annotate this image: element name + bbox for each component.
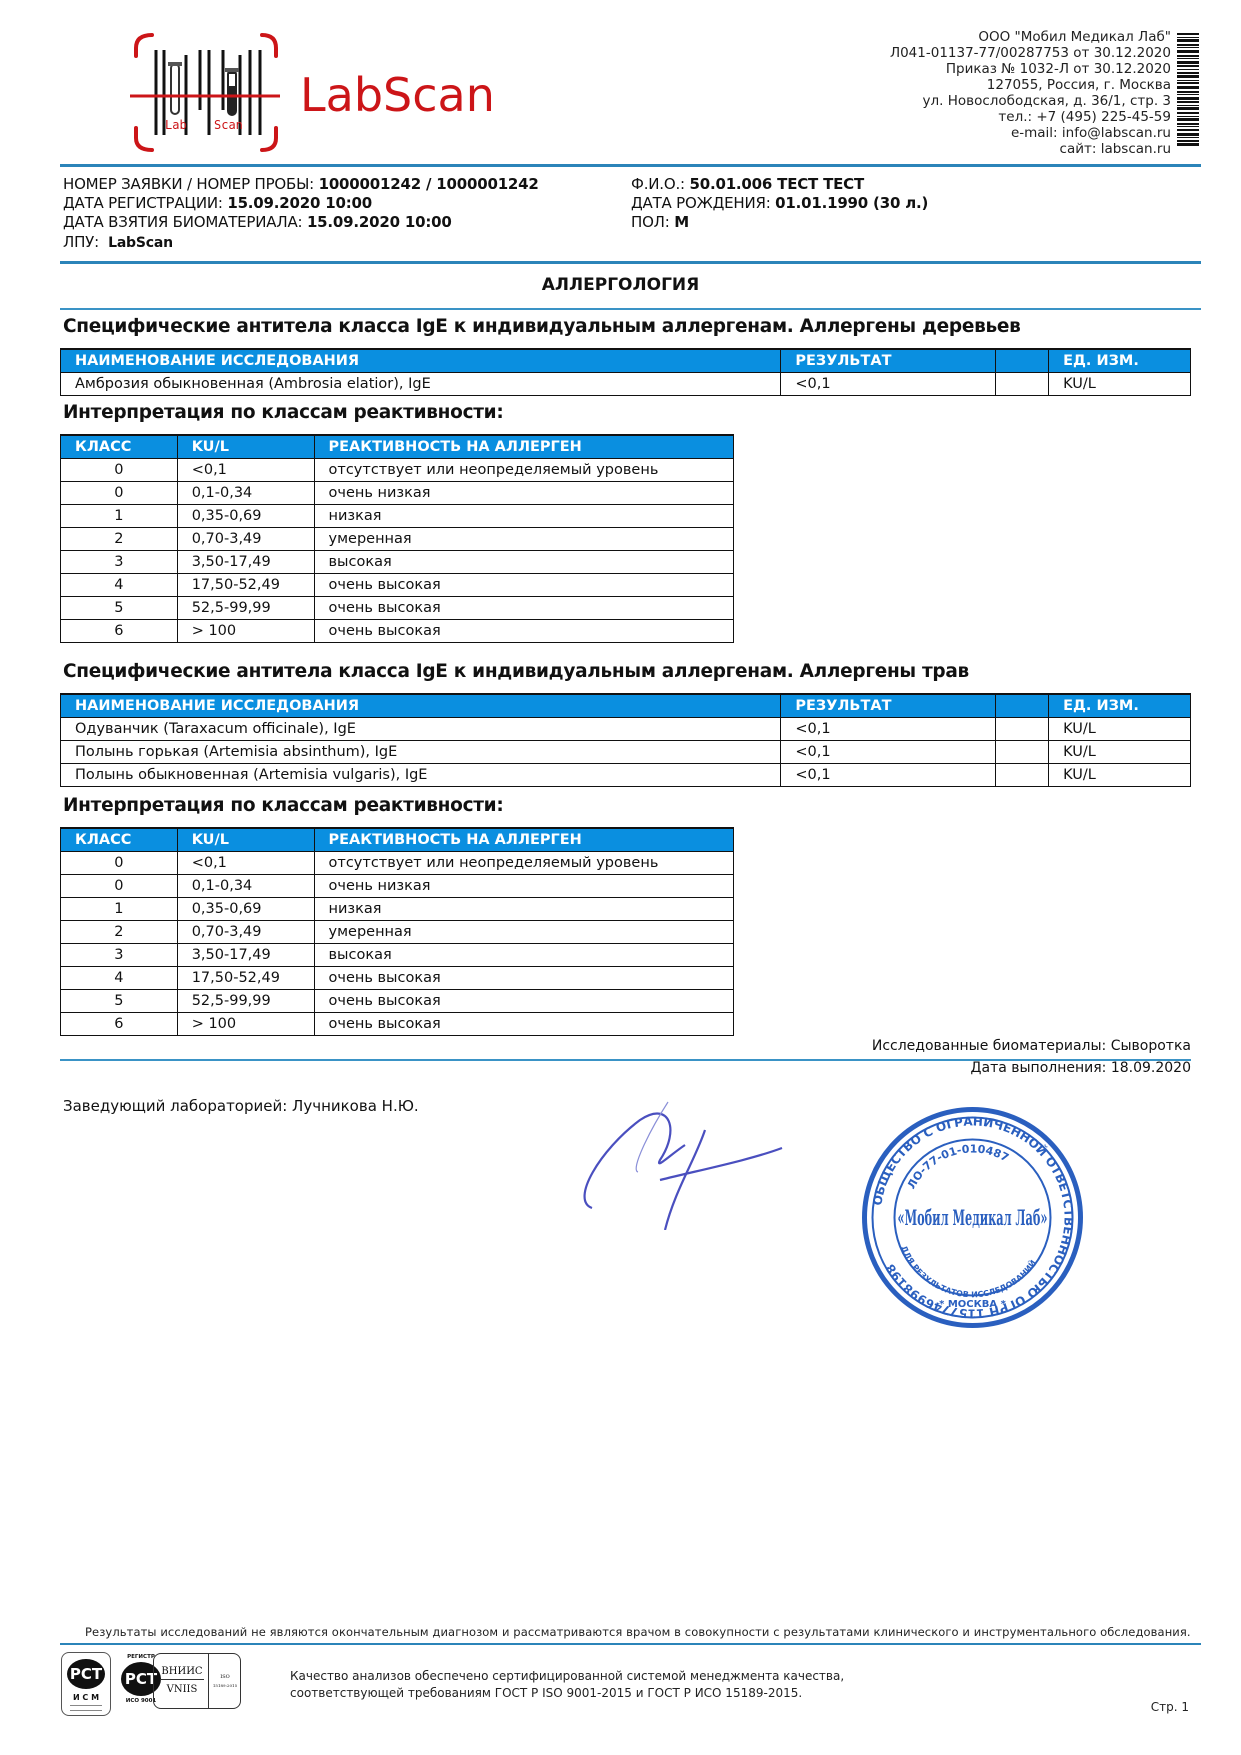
- test-result: <0,1: [781, 372, 996, 395]
- column-header: [996, 694, 1049, 717]
- table-row: Полынь обыкновенная (Artemisia vulgaris)…: [61, 763, 1191, 786]
- column-header: ЕД. ИЗМ.: [1049, 349, 1191, 372]
- column-header: РЕАКТИВНОСТЬ НА АЛЛЕРГЕН: [314, 435, 734, 458]
- class-range: 0,1-0,34: [177, 874, 314, 897]
- column-header: РЕАКТИВНОСТЬ НА АЛЛЕРГЕН: [314, 828, 734, 851]
- interpretation-title: Интерпретация по классам реактивности:: [63, 402, 503, 423]
- table-row: 1 0,35-0,69 низкая: [61, 504, 734, 527]
- test-name: Полынь горькая (Artemisia absinthum), Ig…: [61, 740, 781, 763]
- class-reactivity: очень высокая: [314, 619, 734, 642]
- class-range: 0,35-0,69: [177, 897, 314, 920]
- class-value: 6: [61, 1012, 178, 1035]
- class-value: 0: [61, 481, 178, 504]
- test-result: <0,1: [781, 740, 996, 763]
- class-range: 17,50-52,49: [177, 966, 314, 989]
- column-header: НАИМЕНОВАНИЕ ИССЛЕДОВАНИЯ: [61, 694, 781, 717]
- column-header: РЕЗУЛЬТАТ: [781, 349, 996, 372]
- brand-name: LabScan: [300, 68, 495, 122]
- class-value: 3: [61, 550, 178, 573]
- column-header: КЛАСС: [61, 435, 178, 458]
- class-reactivity: отсутствует или неопределяемый уровень: [314, 851, 734, 874]
- test-result: <0,1: [781, 763, 996, 786]
- test-name: Полынь обыкновенная (Artemisia vulgaris)…: [61, 763, 781, 786]
- class-interpretation-table: КЛАССKU/LРЕАКТИВНОСТЬ НА АЛЛЕРГЕН 0 <0,1…: [60, 434, 734, 643]
- class-value: 5: [61, 989, 178, 1012]
- company-info: ООО "Мобил Медикал Лаб"Л041-01137-77/002…: [890, 29, 1171, 157]
- class-value: 1: [61, 897, 178, 920]
- svg-text:Lab: Lab: [165, 118, 187, 132]
- class-range: 3,50-17,49: [177, 550, 314, 573]
- class-reactivity: низкая: [314, 897, 734, 920]
- class-reactivity: высокая: [314, 943, 734, 966]
- table-row: 4 17,50-52,49 очень высокая: [61, 966, 734, 989]
- svg-text:Scan: Scan: [214, 118, 243, 132]
- company-line: тел.: +7 (495) 225-45-59: [890, 109, 1171, 125]
- table-row: Одуванчик (Taraxacum officinale), IgE <0…: [61, 717, 1191, 740]
- footer-divider: [60, 1643, 1201, 1645]
- table-row: Полынь горькая (Artemisia absinthum), Ig…: [61, 740, 1191, 763]
- class-value: 4: [61, 966, 178, 989]
- company-line: e-mail: info@labscan.ru: [890, 125, 1171, 141]
- class-range: 0,70-3,49: [177, 527, 314, 550]
- class-reactivity: умеренная: [314, 527, 734, 550]
- class-range: 0,1-0,34: [177, 481, 314, 504]
- table-row: 1 0,35-0,69 низкая: [61, 897, 734, 920]
- test-name: Одуванчик (Taraxacum officinale), IgE: [61, 717, 781, 740]
- column-header: [996, 349, 1049, 372]
- section-title: АЛЛЕРГОЛОГИЯ: [0, 275, 1241, 295]
- class-value: 0: [61, 874, 178, 897]
- class-reactivity: очень высокая: [314, 989, 734, 1012]
- class-interpretation-table: КЛАССKU/LРЕАКТИВНОСТЬ НА АЛЛЕРГЕН 0 <0,1…: [60, 827, 734, 1036]
- class-value: 0: [61, 851, 178, 874]
- company-line: Приказ № 1032-Л от 30.12.2020: [890, 61, 1171, 77]
- table-row: 2 0,70-3,49 умеренная: [61, 920, 734, 943]
- test-flag: [996, 763, 1049, 786]
- table-row: 5 52,5-99,99 очень высокая: [61, 596, 734, 619]
- class-range: 17,50-52,49: [177, 573, 314, 596]
- table-header-row: КЛАССKU/LРЕАКТИВНОСТЬ НА АЛЛЕРГЕН: [61, 435, 734, 458]
- table-header-row: КЛАССKU/LРЕАКТИВНОСТЬ НА АЛЛЕРГЕН: [61, 828, 734, 851]
- table-row: 0 0,1-0,34 очень низкая: [61, 874, 734, 897]
- table-row: Амброзия обыкновенная (Ambrosia elatior)…: [61, 372, 1191, 395]
- class-value: 1: [61, 504, 178, 527]
- test-unit: KU/L: [1049, 740, 1191, 763]
- results-table: НАИМЕНОВАНИЕ ИССЛЕДОВАНИЯРЕЗУЛЬТАТЕД. ИЗ…: [60, 348, 1191, 396]
- table-row: 3 3,50-17,49 высокая: [61, 943, 734, 966]
- test-flag: [996, 717, 1049, 740]
- table-header-row: НАИМЕНОВАНИЕ ИССЛЕДОВАНИЯРЕЗУЛЬТАТЕД. ИЗ…: [61, 349, 1191, 372]
- company-line: Л041-01137-77/00287753 от 30.12.2020: [890, 45, 1171, 61]
- class-reactivity: очень высокая: [314, 573, 734, 596]
- class-range: > 100: [177, 1012, 314, 1035]
- class-range: 0,35-0,69: [177, 504, 314, 527]
- completion-date: Дата выполнения: 18.09.2020: [971, 1060, 1191, 1076]
- class-value: 3: [61, 943, 178, 966]
- head-of-lab: Заведующий лабораторией: Лучникова Н.Ю.: [63, 1097, 419, 1115]
- patient-info: Ф.И.О.: 50.01.006 ТЕСТ ТЕСТ ДАТА РОЖДЕНИ…: [631, 175, 928, 232]
- class-value: 6: [61, 619, 178, 642]
- class-reactivity: умеренная: [314, 920, 734, 943]
- test-result: <0,1: [781, 717, 996, 740]
- biomaterial-label: Исследованные биоматериалы: Сыворотка: [872, 1038, 1191, 1054]
- company-line: сайт: labscan.ru: [890, 141, 1171, 157]
- table-header-row: НАИМЕНОВАНИЕ ИССЛЕДОВАНИЯРЕЗУЛЬТАТЕД. ИЗ…: [61, 694, 1191, 717]
- barcode-icon: [1177, 33, 1199, 161]
- table-row: 6 > 100 очень высокая: [61, 619, 734, 642]
- class-value: 2: [61, 527, 178, 550]
- results-table: НАИМЕНОВАНИЕ ИССЛЕДОВАНИЯРЕЗУЛЬТАТЕД. ИЗ…: [60, 693, 1191, 787]
- vniis-cert-icon: ВНИИС VNIIS ISO 15189:2015: [153, 1653, 241, 1709]
- patient-divider: [60, 261, 1201, 264]
- class-range: 52,5-99,99: [177, 989, 314, 1012]
- order-info: НОМЕР ЗАЯВКИ / НОМЕР ПРОБЫ: 1000001242 /…: [63, 175, 539, 253]
- table-row: 0 <0,1 отсутствует или неопределяемый ур…: [61, 458, 734, 481]
- svg-text:* МОСКВА *: * МОСКВА *: [939, 1299, 1007, 1310]
- column-header: KU/L: [177, 435, 314, 458]
- rst-ism-cert-icon: РСТ И С М: [61, 1652, 111, 1716]
- class-range: <0,1: [177, 458, 314, 481]
- column-header: KU/L: [177, 828, 314, 851]
- class-reactivity: очень высокая: [314, 596, 734, 619]
- page-number: Стр. 1: [1151, 1700, 1189, 1714]
- column-header: НАИМЕНОВАНИЕ ИССЛЕДОВАНИЯ: [61, 349, 781, 372]
- table-row: 4 17,50-52,49 очень высокая: [61, 573, 734, 596]
- class-range: 0,70-3,49: [177, 920, 314, 943]
- signature-icon: [560, 1090, 800, 1230]
- class-value: 0: [61, 458, 178, 481]
- stamp-icon: ОБЩЕСТВО С ОГРАНИЧЕННОЙ ОТВЕТСТВЕННОСТЬЮ…: [855, 1100, 1090, 1335]
- class-reactivity: низкая: [314, 504, 734, 527]
- group-title: Специфические антитела класса IgE к инди…: [63, 661, 969, 682]
- test-flag: [996, 372, 1049, 395]
- quality-statement: Качество анализов обеспечено сертифициро…: [290, 1668, 844, 1702]
- table-row: 2 0,70-3,49 умеренная: [61, 527, 734, 550]
- class-reactivity: очень низкая: [314, 481, 734, 504]
- class-value: 4: [61, 573, 178, 596]
- company-line: 127055, Россия, г. Москва: [890, 77, 1171, 93]
- class-range: > 100: [177, 619, 314, 642]
- interpretation-title: Интерпретация по классам реактивности:: [63, 795, 503, 816]
- company-line: ООО "Мобил Медикал Лаб": [890, 29, 1171, 45]
- column-header: РЕЗУЛЬТАТ: [781, 694, 996, 717]
- class-range: 3,50-17,49: [177, 943, 314, 966]
- test-unit: KU/L: [1049, 763, 1191, 786]
- class-reactivity: очень высокая: [314, 1012, 734, 1035]
- barcode-logo-icon: Lab Scan: [130, 30, 280, 155]
- table-row: 0 <0,1 отсутствует или неопределяемый ур…: [61, 851, 734, 874]
- class-reactivity: отсутствует или неопределяемый уровень: [314, 458, 734, 481]
- disclaimer: Результаты исследований не являются окон…: [85, 1625, 1191, 1639]
- test-unit: KU/L: [1049, 717, 1191, 740]
- column-header: ЕД. ИЗМ.: [1049, 694, 1191, 717]
- svg-text:ЛО-77-01-010487: ЛО-77-01-010487: [905, 1142, 1011, 1191]
- table-row: 5 52,5-99,99 очень высокая: [61, 989, 734, 1012]
- header-divider: [60, 164, 1201, 167]
- test-flag: [996, 740, 1049, 763]
- svg-text:«Мобил Медикал Лаб»: «Мобил Медикал Лаб»: [898, 1205, 1048, 1230]
- class-range: <0,1: [177, 851, 314, 874]
- class-reactivity: очень низкая: [314, 874, 734, 897]
- class-reactivity: высокая: [314, 550, 734, 573]
- column-header: КЛАСС: [61, 828, 178, 851]
- class-value: 2: [61, 920, 178, 943]
- group-title: Специфические антитела класса IgE к инди…: [63, 316, 1021, 337]
- class-reactivity: очень высокая: [314, 966, 734, 989]
- class-range: 52,5-99,99: [177, 596, 314, 619]
- test-name: Амброзия обыкновенная (Ambrosia elatior)…: [61, 372, 781, 395]
- table-row: 0 0,1-0,34 очень низкая: [61, 481, 734, 504]
- table-row: 6 > 100 очень высокая: [61, 1012, 734, 1035]
- table-row: 3 3,50-17,49 высокая: [61, 550, 734, 573]
- test-unit: KU/L: [1049, 372, 1191, 395]
- company-line: ул. Новослободская, д. 36/1, стр. 3: [890, 93, 1171, 109]
- labscan-logo: Lab Scan LabScan: [130, 30, 510, 155]
- section-divider: [60, 308, 1201, 310]
- class-value: 5: [61, 596, 178, 619]
